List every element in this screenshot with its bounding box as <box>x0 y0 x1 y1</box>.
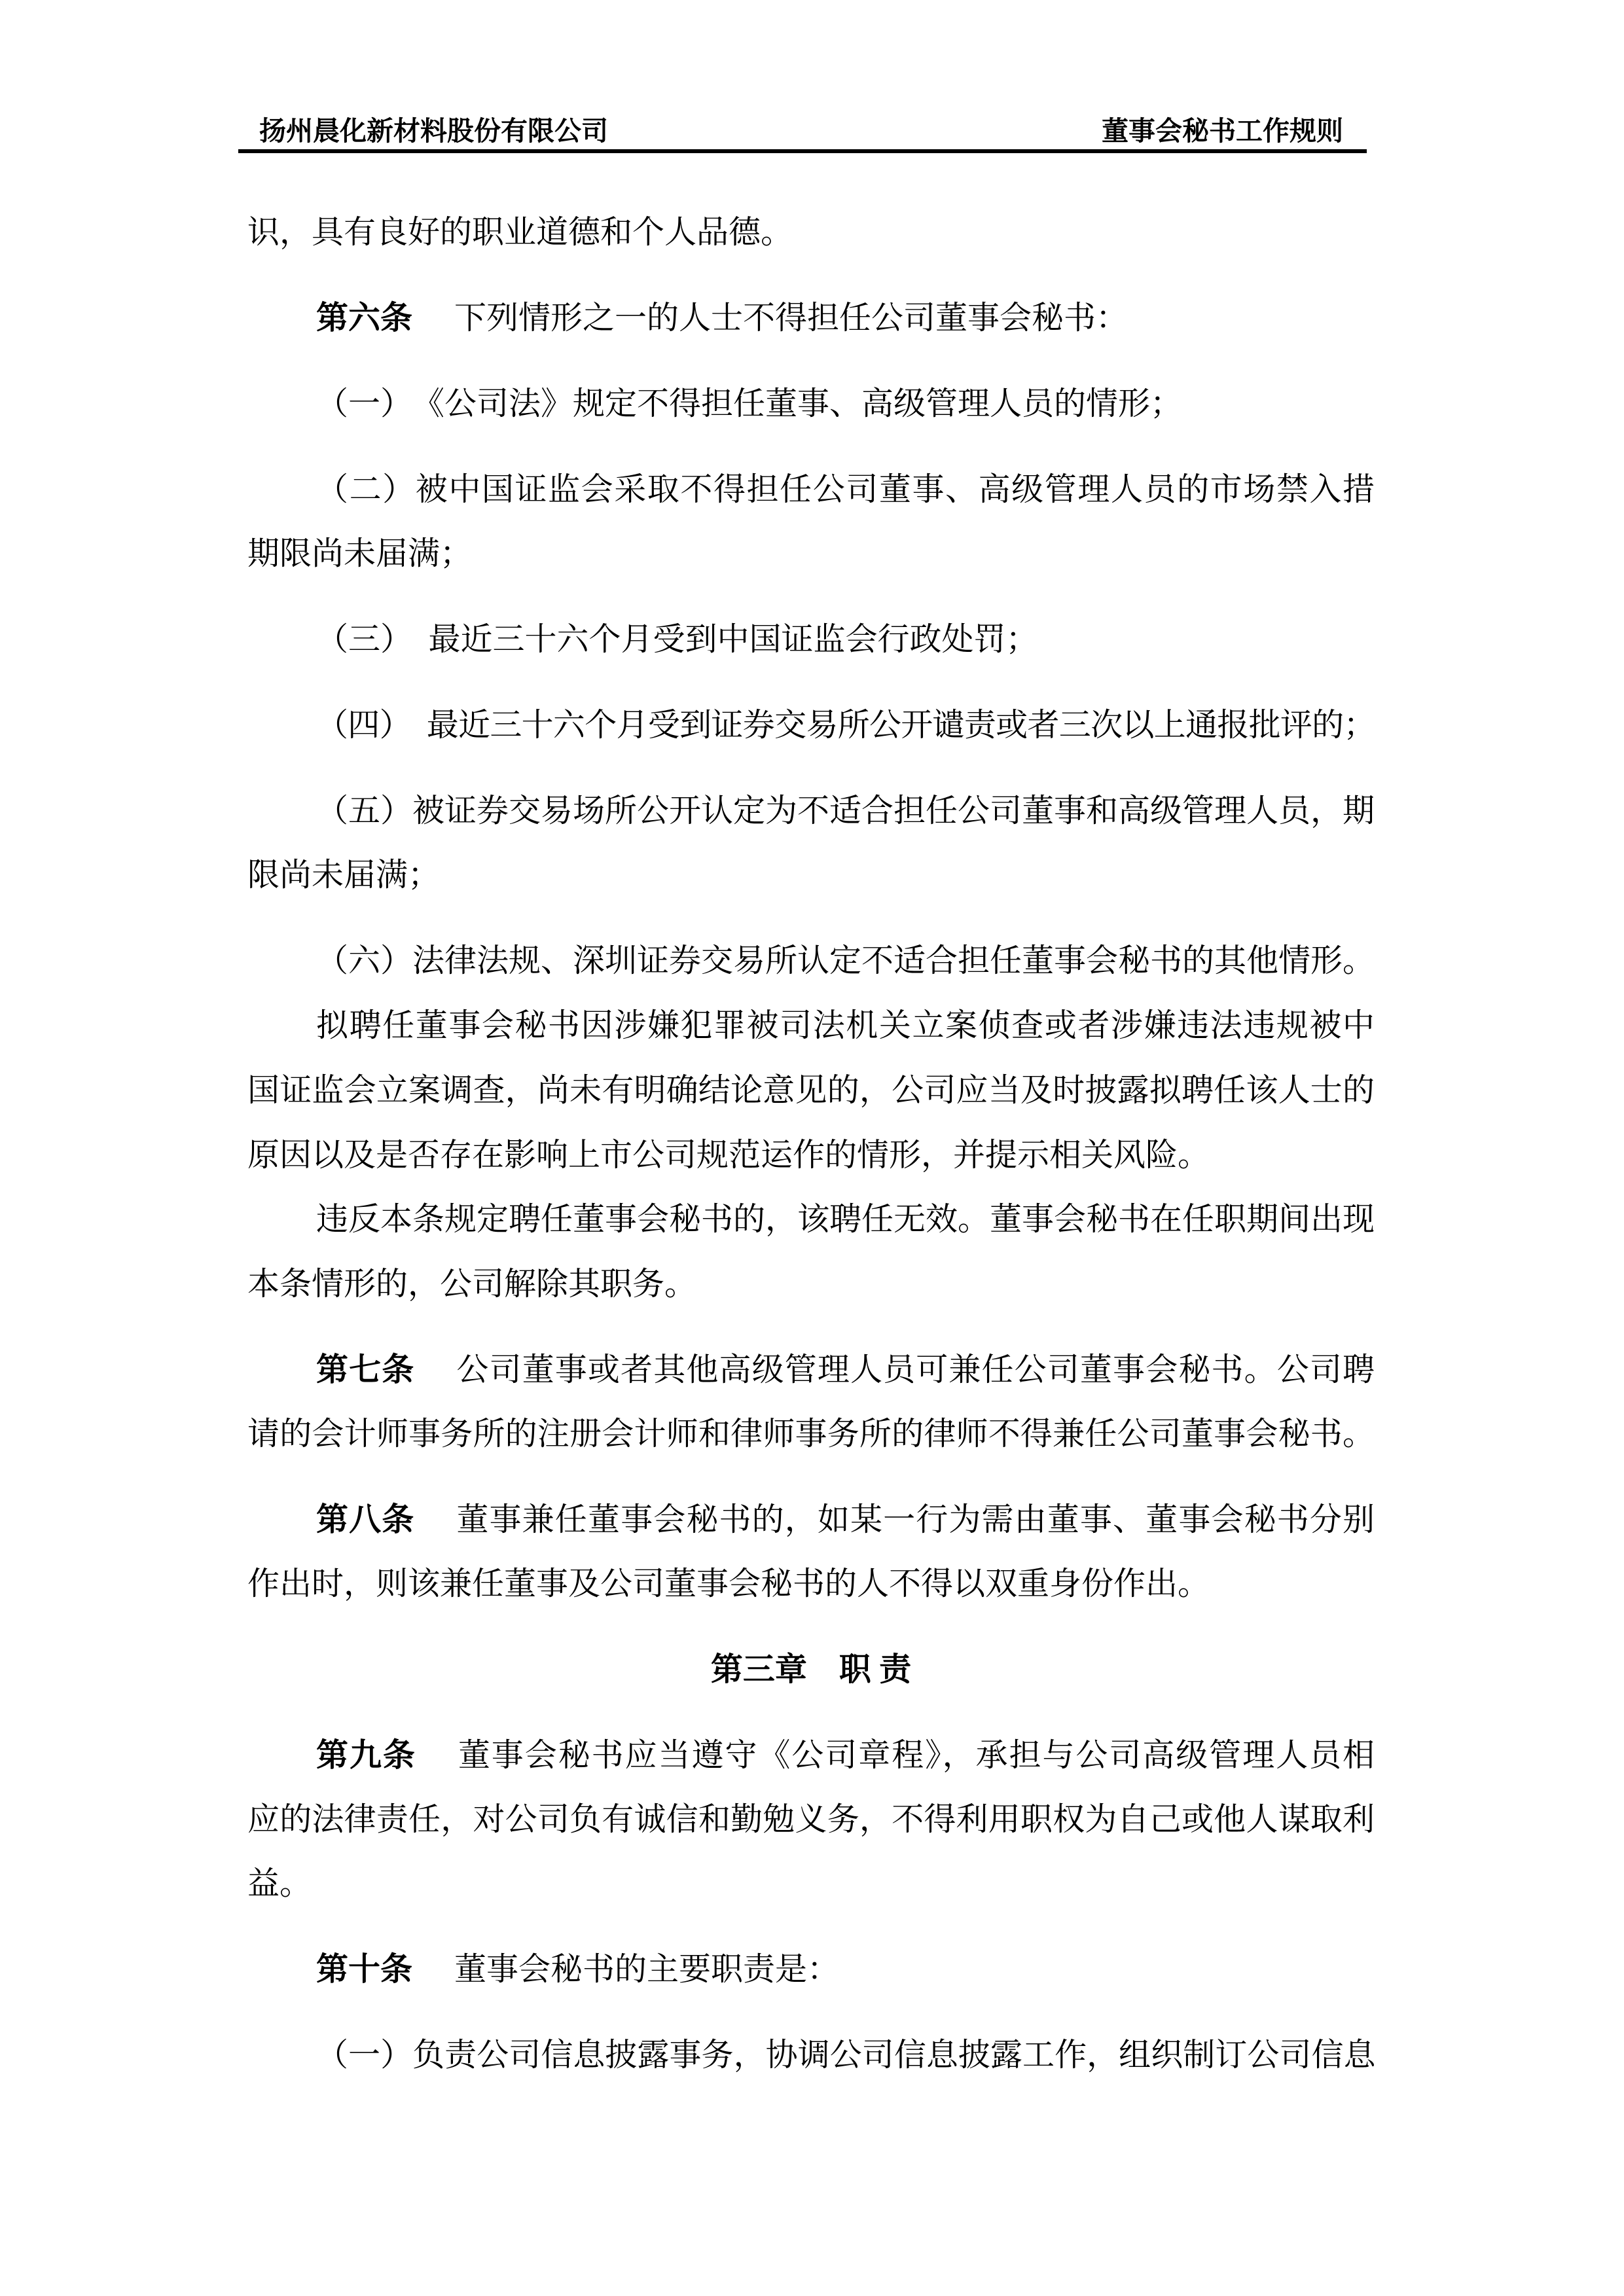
body-line: 原因以及是否存在影响上市公司规范运作的情形，并提示相关风险。 <box>247 1135 1375 1175</box>
article-7-line: 第七条公司董事或者其他高级管理人员可兼任公司董事会秘书。公司聘 <box>316 1350 1375 1390</box>
body-line: 本条情形的，公司解除其职务。 <box>247 1264 1375 1304</box>
chapter-heading: 第三章 职 责 <box>247 1649 1375 1690</box>
article-label: 第八条 <box>316 1501 414 1537</box>
article-label: 第十条 <box>316 1951 412 1987</box>
body-line: （一） 《公司法》规定不得担任董事、高级管理人员的情形； <box>316 384 1375 424</box>
body-line: 益。 <box>247 1863 1375 1904</box>
body-line: （四） 最近三十六个月受到证券交易所公开谴责或者三次以上通报批评的； <box>316 705 1375 745</box>
page-header: 扬州晨化新材料股份有限公司 董事会秘书工作规则 <box>247 110 1375 147</box>
article-9-line: 第九条董事会秘书应当遵守《公司章程》，承担与公司高级管理人员相 <box>316 1735 1375 1776</box>
article-text: 下列情形之一的人士不得担任公司董事会秘书： <box>454 300 1128 336</box>
article-text: 董事会秘书应当遵守《公司章程》，承担与公司高级管理人员相 <box>458 1737 1375 1773</box>
article-10-line: 第十条董事会秘书的主要职责是： <box>316 1949 1375 1990</box>
body-line: （三） 最近三十六个月受到中国证监会行政处罚； <box>316 619 1375 660</box>
body-line: 限尚未届满； <box>247 855 1375 895</box>
body-line: （五）被证券交易场所公开认定为不适合担任公司董事和高级管理人员，期 <box>316 791 1375 831</box>
document-page: 扬州晨化新材料股份有限公司 董事会秘书工作规则 识，具有良好的职业道德和个人品德… <box>0 0 1624 2296</box>
article-text: 公司董事或者其他高级管理人员可兼任公司董事会秘书。公司聘 <box>456 1352 1375 1388</box>
body-line: 作出时，则该兼任董事及公司董事会秘书的人不得以双重身份作出。 <box>247 1564 1375 1604</box>
body-line: （一）负责公司信息披露事务，协调公司信息披露工作，组织制订公司信息 <box>316 2035 1375 2075</box>
body-line: 识，具有良好的职业道德和个人品德。 <box>247 212 1375 253</box>
header-rule <box>238 149 1367 153</box>
body-line: 期限尚未届满； <box>247 533 1375 574</box>
article-label: 第六条 <box>316 300 412 336</box>
article-text: 董事会秘书的主要职责是： <box>454 1951 839 1987</box>
article-6-line: 第六条下列情形之一的人士不得担任公司董事会秘书： <box>316 298 1375 338</box>
body-line: 请的会计师事务所的注册会计师和律师事务所的律师不得兼任公司董事会秘书。 <box>247 1414 1375 1454</box>
body-line: 国证监会立案调查，尚未有明确结论意见的，公司应当及时披露拟聘任该人士的 <box>247 1070 1375 1111</box>
body-line: （六）法律法规、深圳证券交易所认定不适合担任董事会秘书的其他情形。 <box>316 941 1375 981</box>
body-line: 应的法律责任，对公司负有诚信和勤勉义务，不得利用职权为自己或他人谋取利 <box>247 1799 1375 1840</box>
article-text: 董事兼任董事会秘书的，如某一行为需由董事、董事会秘书分别 <box>456 1501 1375 1537</box>
company-name: 扬州晨化新材料股份有限公司 <box>247 109 608 148</box>
article-8-line: 第八条董事兼任董事会秘书的，如某一行为需由董事、董事会秘书分别 <box>316 1499 1375 1540</box>
body-line: （二）被中国证监会采取不得担任公司董事、高级管理人员的市场禁入措施， <box>316 469 1375 510</box>
article-label: 第七条 <box>316 1352 414 1388</box>
body-line: 违反本条规定聘任董事会秘书的，该聘任无效。董事会秘书在任职期间出现 <box>316 1199 1375 1240</box>
body-line: 拟聘任董事会秘书因涉嫌犯罪被司法机关立案侦查或者涉嫌违法违规被中 <box>316 1005 1375 1046</box>
document-title: 董事会秘书工作规则 <box>1102 109 1375 148</box>
article-label: 第九条 <box>316 1737 416 1773</box>
